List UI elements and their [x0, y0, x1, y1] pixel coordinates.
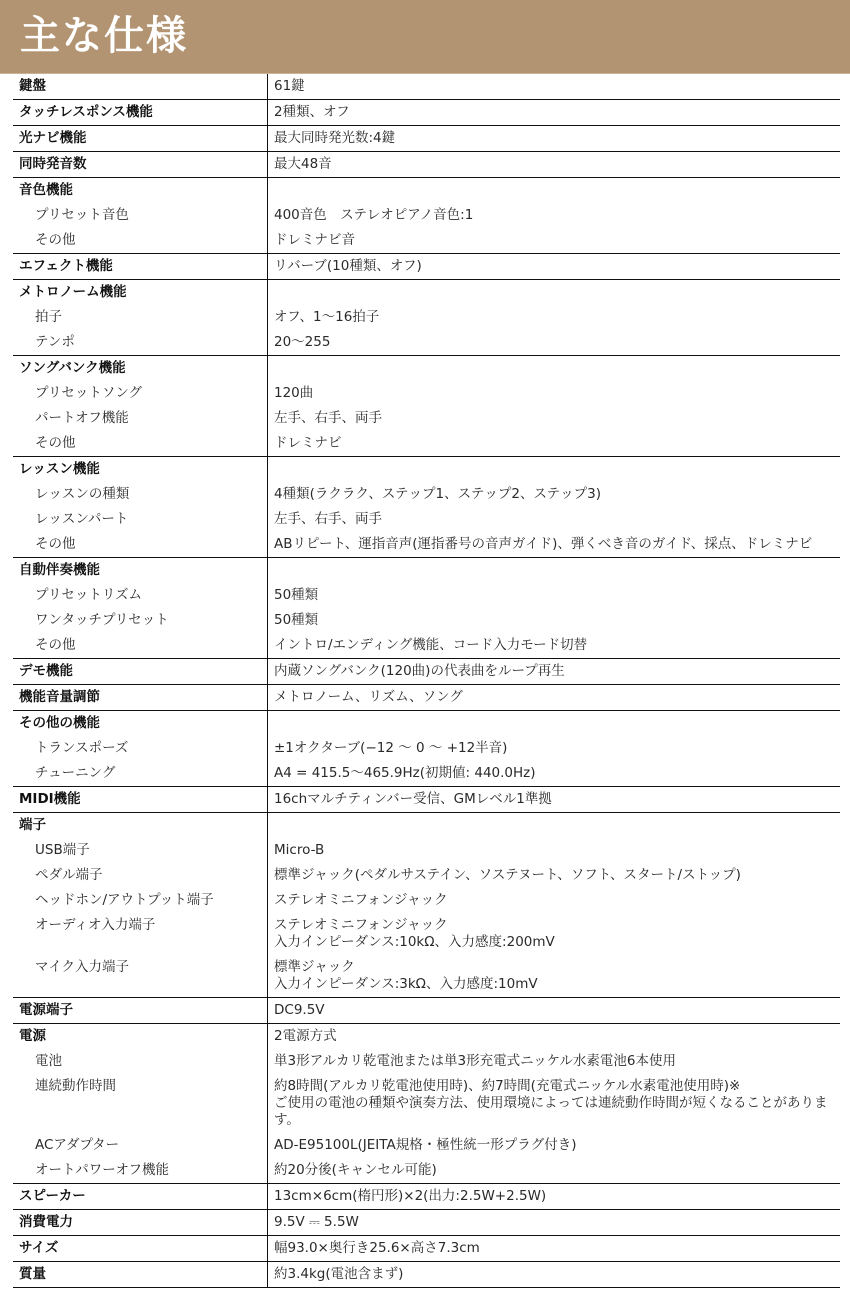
- spec-value: 2種類、オフ: [268, 100, 840, 125]
- spec-item-label: 拍子: [13, 305, 268, 330]
- spec-group: その他の機能トランスポーズ±1オクターブ(−12 〜 0 〜 +12半音)チュー…: [13, 711, 840, 787]
- spec-value: ABリピート、運指音声(運指番号の音声ガイド)、弾くべき音のガイド、採点、ドレミ…: [268, 532, 840, 557]
- spec-category-label: 自動伴奏機能: [13, 558, 268, 583]
- spec-value: 4種類(ラクラク、ステップ1、ステップ2、ステップ3): [268, 482, 840, 507]
- spec-value: 最大48音: [268, 152, 840, 177]
- spec-group: 音色機能プリセット音色400音色 ステレオピアノ音色:1その他ドレミナビ音: [13, 178, 840, 254]
- spec-category-label: タッチレスポンス機能: [13, 100, 268, 125]
- spec-value: 左手、右手、両手: [268, 507, 840, 532]
- page-header: 主な仕様: [0, 0, 850, 74]
- spec-row: レッスンパート左手、右手、両手: [13, 507, 840, 532]
- spec-row: メトロノーム機能: [13, 280, 840, 305]
- spec-category-label: 機能音量調節: [13, 685, 268, 710]
- spec-table: 鍵盤61鍵タッチレスポンス機能2種類、オフ光ナビ機能最大同時発光数:4鍵同時発音…: [13, 74, 840, 1288]
- spec-value: ステレオミニフォンジャック 入力インピーダンス:10kΩ、入力感度:200mV: [268, 913, 840, 955]
- spec-value: Micro-B: [268, 838, 840, 863]
- spec-value: ステレオミニフォンジャック: [268, 888, 840, 913]
- spec-group: 電源端子DC9.5V: [13, 998, 840, 1024]
- spec-value: 単3形アルカリ乾電池または単3形充電式ニッケル水素電池6本使用: [268, 1049, 840, 1074]
- spec-value: 9.5V ⎓ 5.5W: [268, 1210, 840, 1235]
- spec-group: デモ機能内蔵ソングバンク(120曲)の代表曲をループ再生: [13, 659, 840, 685]
- spec-row: デモ機能内蔵ソングバンク(120曲)の代表曲をループ再生: [13, 659, 840, 684]
- spec-value: 約20分後(キャンセル可能): [268, 1158, 840, 1183]
- spec-category-label: レッスン機能: [13, 457, 268, 482]
- spec-row: テンポ20〜255: [13, 330, 840, 355]
- spec-value: 幅93.0×奥行き25.6×高さ7.3cm: [268, 1236, 840, 1261]
- spec-value: ドレミナビ音: [268, 228, 840, 253]
- spec-value: 20〜255: [268, 330, 840, 355]
- spec-row: その他ドレミナビ: [13, 431, 840, 456]
- spec-value: 13cm×6cm(楕円形)×2(出力:2.5W+2.5W): [268, 1184, 840, 1209]
- spec-item-label: その他: [13, 431, 268, 456]
- spec-row: 光ナビ機能最大同時発光数:4鍵: [13, 126, 840, 151]
- spec-item-label: テンポ: [13, 330, 268, 355]
- spec-category-label: 光ナビ機能: [13, 126, 268, 151]
- spec-value: 50種類: [268, 608, 840, 633]
- page-title: 主な仕様: [20, 12, 188, 60]
- spec-group: レッスン機能レッスンの種類4種類(ラクラク、ステップ1、ステップ2、ステップ3)…: [13, 457, 840, 558]
- spec-category-label: 質量: [13, 1262, 268, 1287]
- spec-item-label: その他: [13, 532, 268, 557]
- spec-row: 電池単3形アルカリ乾電池または単3形充電式ニッケル水素電池6本使用: [13, 1049, 840, 1074]
- spec-group: メトロノーム機能拍子オフ、1〜16拍子テンポ20〜255: [13, 280, 840, 356]
- spec-value: 2電源方式: [268, 1024, 840, 1049]
- spec-value: [268, 558, 840, 583]
- spec-group: 機能音量調節メトロノーム、リズム、ソング: [13, 685, 840, 711]
- spec-value: A4 = 415.5〜465.9Hz(初期値: 440.0Hz): [268, 761, 840, 786]
- spec-row: レッスン機能: [13, 457, 840, 482]
- spec-row: USB端子Micro-B: [13, 838, 840, 863]
- spec-value: [268, 457, 840, 482]
- spec-value: [268, 178, 840, 203]
- spec-row: 機能音量調節メトロノーム、リズム、ソング: [13, 685, 840, 710]
- spec-row: ヘッドホン/アウトプット端子ステレオミニフォンジャック: [13, 888, 840, 913]
- spec-value: [268, 280, 840, 305]
- spec-group: 光ナビ機能最大同時発光数:4鍵: [13, 126, 840, 152]
- spec-value: 61鍵: [268, 74, 840, 99]
- spec-value: 120曲: [268, 381, 840, 406]
- spec-value: 400音色 ステレオピアノ音色:1: [268, 203, 840, 228]
- spec-value: 50種類: [268, 583, 840, 608]
- spec-category-label: その他の機能: [13, 711, 268, 736]
- spec-group: 同時発音数最大48音: [13, 152, 840, 178]
- spec-row: プリセットリズム50種類: [13, 583, 840, 608]
- spec-row: 自動伴奏機能: [13, 558, 840, 583]
- spec-value: 16chマルチティンバー受信、GMレベル1準拠: [268, 787, 840, 812]
- spec-value: 約8時間(アルカリ乾電池使用時)、約7時間(充電式ニッケル水素電池使用時)※ ご…: [268, 1074, 840, 1133]
- spec-item-label: ACアダプター: [13, 1133, 268, 1158]
- spec-group: エフェクト機能リバーブ(10種類、オフ): [13, 254, 840, 280]
- spec-value: オフ、1〜16拍子: [268, 305, 840, 330]
- spec-item-label: 電池: [13, 1049, 268, 1074]
- spec-row: ペダル端子標準ジャック(ペダルサステイン、ソステヌート、ソフト、スタート/ストッ…: [13, 863, 840, 888]
- spec-value: ドレミナビ: [268, 431, 840, 456]
- spec-category-label: 鍵盤: [13, 74, 268, 99]
- spec-item-label: レッスンパート: [13, 507, 268, 532]
- spec-category-label: 電源: [13, 1024, 268, 1049]
- spec-item-label: オートパワーオフ機能: [13, 1158, 268, 1183]
- spec-item-label: トランスポーズ: [13, 736, 268, 761]
- spec-row: 端子: [13, 813, 840, 838]
- spec-row: その他ドレミナビ音: [13, 228, 840, 253]
- spec-value: [268, 813, 840, 838]
- spec-category-label: サイズ: [13, 1236, 268, 1261]
- spec-item-label: プリセット音色: [13, 203, 268, 228]
- spec-category-label: メトロノーム機能: [13, 280, 268, 305]
- spec-row: プリセット音色400音色 ステレオピアノ音色:1: [13, 203, 840, 228]
- spec-row: 同時発音数最大48音: [13, 152, 840, 177]
- spec-value: DC9.5V: [268, 998, 840, 1023]
- spec-group: 鍵盤61鍵: [13, 74, 840, 100]
- spec-row: エフェクト機能リバーブ(10種類、オフ): [13, 254, 840, 279]
- spec-category-label: 音色機能: [13, 178, 268, 203]
- spec-item-label: プリセットリズム: [13, 583, 268, 608]
- spec-category-label: エフェクト機能: [13, 254, 268, 279]
- spec-category-label: 消費電力: [13, 1210, 268, 1235]
- spec-item-label: ヘッドホン/アウトプット端子: [13, 888, 268, 913]
- spec-value: 内蔵ソングバンク(120曲)の代表曲をループ再生: [268, 659, 840, 684]
- spec-row: スピーカー13cm×6cm(楕円形)×2(出力:2.5W+2.5W): [13, 1184, 840, 1209]
- spec-item-label: オーディオ入力端子: [13, 913, 268, 955]
- spec-group: 自動伴奏機能プリセットリズム50種類ワンタッチプリセット50種類その他イントロ/…: [13, 558, 840, 659]
- spec-row: その他の機能: [13, 711, 840, 736]
- spec-row: レッスンの種類4種類(ラクラク、ステップ1、ステップ2、ステップ3): [13, 482, 840, 507]
- spec-item-label: プリセットソング: [13, 381, 268, 406]
- spec-row: プリセットソング120曲: [13, 381, 840, 406]
- spec-item-label: ペダル端子: [13, 863, 268, 888]
- spec-value: ±1オクターブ(−12 〜 0 〜 +12半音): [268, 736, 840, 761]
- spec-group: 消費電力9.5V ⎓ 5.5W: [13, 1210, 840, 1236]
- spec-row: 電源端子DC9.5V: [13, 998, 840, 1023]
- spec-group: 端子USB端子Micro-Bペダル端子標準ジャック(ペダルサステイン、ソステヌー…: [13, 813, 840, 998]
- spec-group: ソングバンク機能プリセットソング120曲パートオフ機能左手、右手、両手その他ドレ…: [13, 356, 840, 457]
- spec-row: パートオフ機能左手、右手、両手: [13, 406, 840, 431]
- spec-value: 最大同時発光数:4鍵: [268, 126, 840, 151]
- spec-category-label: スピーカー: [13, 1184, 268, 1209]
- spec-row: ACアダプターAD-E95100L(JEITA規格・極性統一形プラグ付き): [13, 1133, 840, 1158]
- spec-group: スピーカー13cm×6cm(楕円形)×2(出力:2.5W+2.5W): [13, 1184, 840, 1210]
- spec-value: 標準ジャック(ペダルサステイン、ソステヌート、ソフト、スタート/ストップ): [268, 863, 840, 888]
- spec-value: 標準ジャック 入力インピーダンス:3kΩ、入力感度:10mV: [268, 955, 840, 997]
- spec-item-label: マイク入力端子: [13, 955, 268, 997]
- spec-value: [268, 711, 840, 736]
- spec-row: 音色機能: [13, 178, 840, 203]
- spec-row: ソングバンク機能: [13, 356, 840, 381]
- spec-category-label: 同時発音数: [13, 152, 268, 177]
- spec-item-label: ワンタッチプリセット: [13, 608, 268, 633]
- spec-row: オートパワーオフ機能約20分後(キャンセル可能): [13, 1158, 840, 1183]
- spec-category-label: デモ機能: [13, 659, 268, 684]
- spec-group: MIDI機能16chマルチティンバー受信、GMレベル1準拠: [13, 787, 840, 813]
- spec-value: イントロ/エンディング機能、コード入力モード切替: [268, 633, 840, 658]
- spec-value: リバーブ(10種類、オフ): [268, 254, 840, 279]
- spec-value: AD-E95100L(JEITA規格・極性統一形プラグ付き): [268, 1133, 840, 1158]
- spec-item-label: USB端子: [13, 838, 268, 863]
- spec-row: MIDI機能16chマルチティンバー受信、GMレベル1準拠: [13, 787, 840, 812]
- spec-row: 電源2電源方式: [13, 1024, 840, 1049]
- spec-item-label: 連続動作時間: [13, 1074, 268, 1133]
- spec-row: その他ABリピート、運指音声(運指番号の音声ガイド)、弾くべき音のガイド、採点、…: [13, 532, 840, 557]
- spec-value: 約3.4kg(電池含まず): [268, 1262, 840, 1287]
- spec-row: 連続動作時間約8時間(アルカリ乾電池使用時)、約7時間(充電式ニッケル水素電池使…: [13, 1074, 840, 1133]
- spec-group: タッチレスポンス機能2種類、オフ: [13, 100, 840, 126]
- spec-row: ワンタッチプリセット50種類: [13, 608, 840, 633]
- spec-item-label: パートオフ機能: [13, 406, 268, 431]
- spec-group: 質量約3.4kg(電池含まず): [13, 1262, 840, 1288]
- spec-row: 鍵盤61鍵: [13, 74, 840, 99]
- spec-value: メトロノーム、リズム、ソング: [268, 685, 840, 710]
- spec-item-label: レッスンの種類: [13, 482, 268, 507]
- spec-row: 拍子オフ、1〜16拍子: [13, 305, 840, 330]
- spec-row: サイズ幅93.0×奥行き25.6×高さ7.3cm: [13, 1236, 840, 1261]
- spec-group: 電源2電源方式電池単3形アルカリ乾電池または単3形充電式ニッケル水素電池6本使用…: [13, 1024, 840, 1184]
- spec-category-label: ソングバンク機能: [13, 356, 268, 381]
- spec-row: チューニングA4 = 415.5〜465.9Hz(初期値: 440.0Hz): [13, 761, 840, 786]
- spec-row: その他イントロ/エンディング機能、コード入力モード切替: [13, 633, 840, 658]
- spec-row: オーディオ入力端子ステレオミニフォンジャック 入力インピーダンス:10kΩ、入力…: [13, 913, 840, 955]
- spec-row: マイク入力端子標準ジャック 入力インピーダンス:3kΩ、入力感度:10mV: [13, 955, 840, 997]
- spec-category-label: MIDI機能: [13, 787, 268, 812]
- spec-row: 質量約3.4kg(電池含まず): [13, 1262, 840, 1287]
- spec-item-label: その他: [13, 228, 268, 253]
- spec-item-label: その他: [13, 633, 268, 658]
- spec-group: サイズ幅93.0×奥行き25.6×高さ7.3cm: [13, 1236, 840, 1262]
- spec-value: 左手、右手、両手: [268, 406, 840, 431]
- spec-category-label: 電源端子: [13, 998, 268, 1023]
- spec-item-label: チューニング: [13, 761, 268, 786]
- spec-category-label: 端子: [13, 813, 268, 838]
- spec-row: トランスポーズ±1オクターブ(−12 〜 0 〜 +12半音): [13, 736, 840, 761]
- spec-row: タッチレスポンス機能2種類、オフ: [13, 100, 840, 125]
- spec-row: 消費電力9.5V ⎓ 5.5W: [13, 1210, 840, 1235]
- spec-value: [268, 356, 840, 381]
